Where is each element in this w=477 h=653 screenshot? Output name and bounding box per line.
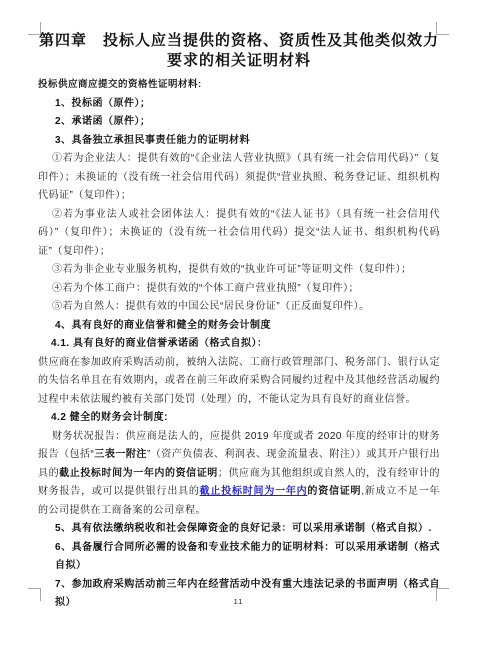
- finance-bold-three-tables: 三表一附注: [94, 449, 147, 460]
- item-equipment-capability: 6、具备履行合同所必需的设备和专业技术能力的证明材料：可以采用承诺制（格式自拟）: [55, 539, 440, 576]
- document-page: 第四章 投标人应当提供的资格、资质性及其他类似效力要求的相关证明材料 投标供应商…: [0, 0, 477, 653]
- item-commitment-letter: 2、承诺函（原件）；: [55, 113, 440, 132]
- finance-highlight-deadline: 截止投标时间为一年内: [200, 486, 308, 497]
- text-area: 第四章 投标人应当提供的资格、资质性及其他类似效力要求的相关证明材料 投标供应商…: [38, 0, 440, 613]
- finance-bold-credit-proof: 截止投标时间为一年内的资信证明: [59, 468, 218, 479]
- page-number: 11: [0, 597, 477, 606]
- item-tax-record: 5、具有依法缴纳税收和社会保障资金的良好记录：可以采用承诺制（格式自拟）.: [55, 520, 440, 539]
- item-bid-letter: 1、投标函（原件）；: [55, 95, 440, 114]
- document-body: 投标供应商应提交的资格性证明材料: 1、投标函（原件）； 2、承诺函（原件）； …: [38, 76, 440, 613]
- chapter-title: 第四章 投标人应当提供的资格、资质性及其他类似效力要求的相关证明材料: [38, 31, 440, 71]
- item-civil-liability: 3、具备独立承担民事责任能力的证明材料: [55, 132, 440, 151]
- clause-individual-business: ④若为个体工商户：提供有效的“个体工商户营业执照”（复印件）；: [38, 280, 440, 299]
- clause-institution-legal-person: ②若为事业法人或社会团体法人：提供有效的“《法人证书》（具有统一社会信用代码）”…: [38, 206, 440, 262]
- intro-line: 投标供应商应提交的资格性证明材料:: [38, 76, 440, 95]
- heading-financial-system: 4.2 健全的财务会计制度:: [51, 409, 440, 428]
- para-financial-report: 财务状况报告：供应商是法人的，应提供 2019 年度或者 2020 年度的经审计…: [38, 428, 440, 521]
- item-no-violation-statement: 7、参加政府采购活动前三年内在经营活动中没有重大违法记录的书面声明（格式自拟）: [55, 576, 440, 613]
- heading-reputation-letter: 4.1. 具有良好的商业信誉承诺函（格式自拟）：: [51, 335, 440, 354]
- finance-bold-credit-proof-2: 的资信证明: [307, 486, 361, 497]
- para-reputation-detail: 供应商在参加政府采购活动前，被纳入法院、工商行政管理部门、税务部门、银行认定的失…: [38, 354, 440, 410]
- clause-non-enterprise-agency: ③若为非企业专业服务机构，提供有效的“执业许可证”等证明文件（复印件）；: [38, 261, 440, 280]
- clause-enterprise-legal-person: ①若为企业法人：提供有效的“《企业法人营业执照》（具有统一社会信用代码）”（复印…: [38, 150, 440, 206]
- clause-natural-person: ⑤若为自然人：提供有效的中国公民“居民身份证”（正反面复印件）。: [38, 298, 440, 317]
- item-business-reputation: 4、具有良好的商业信誉和健全的财务会计制度: [55, 317, 440, 336]
